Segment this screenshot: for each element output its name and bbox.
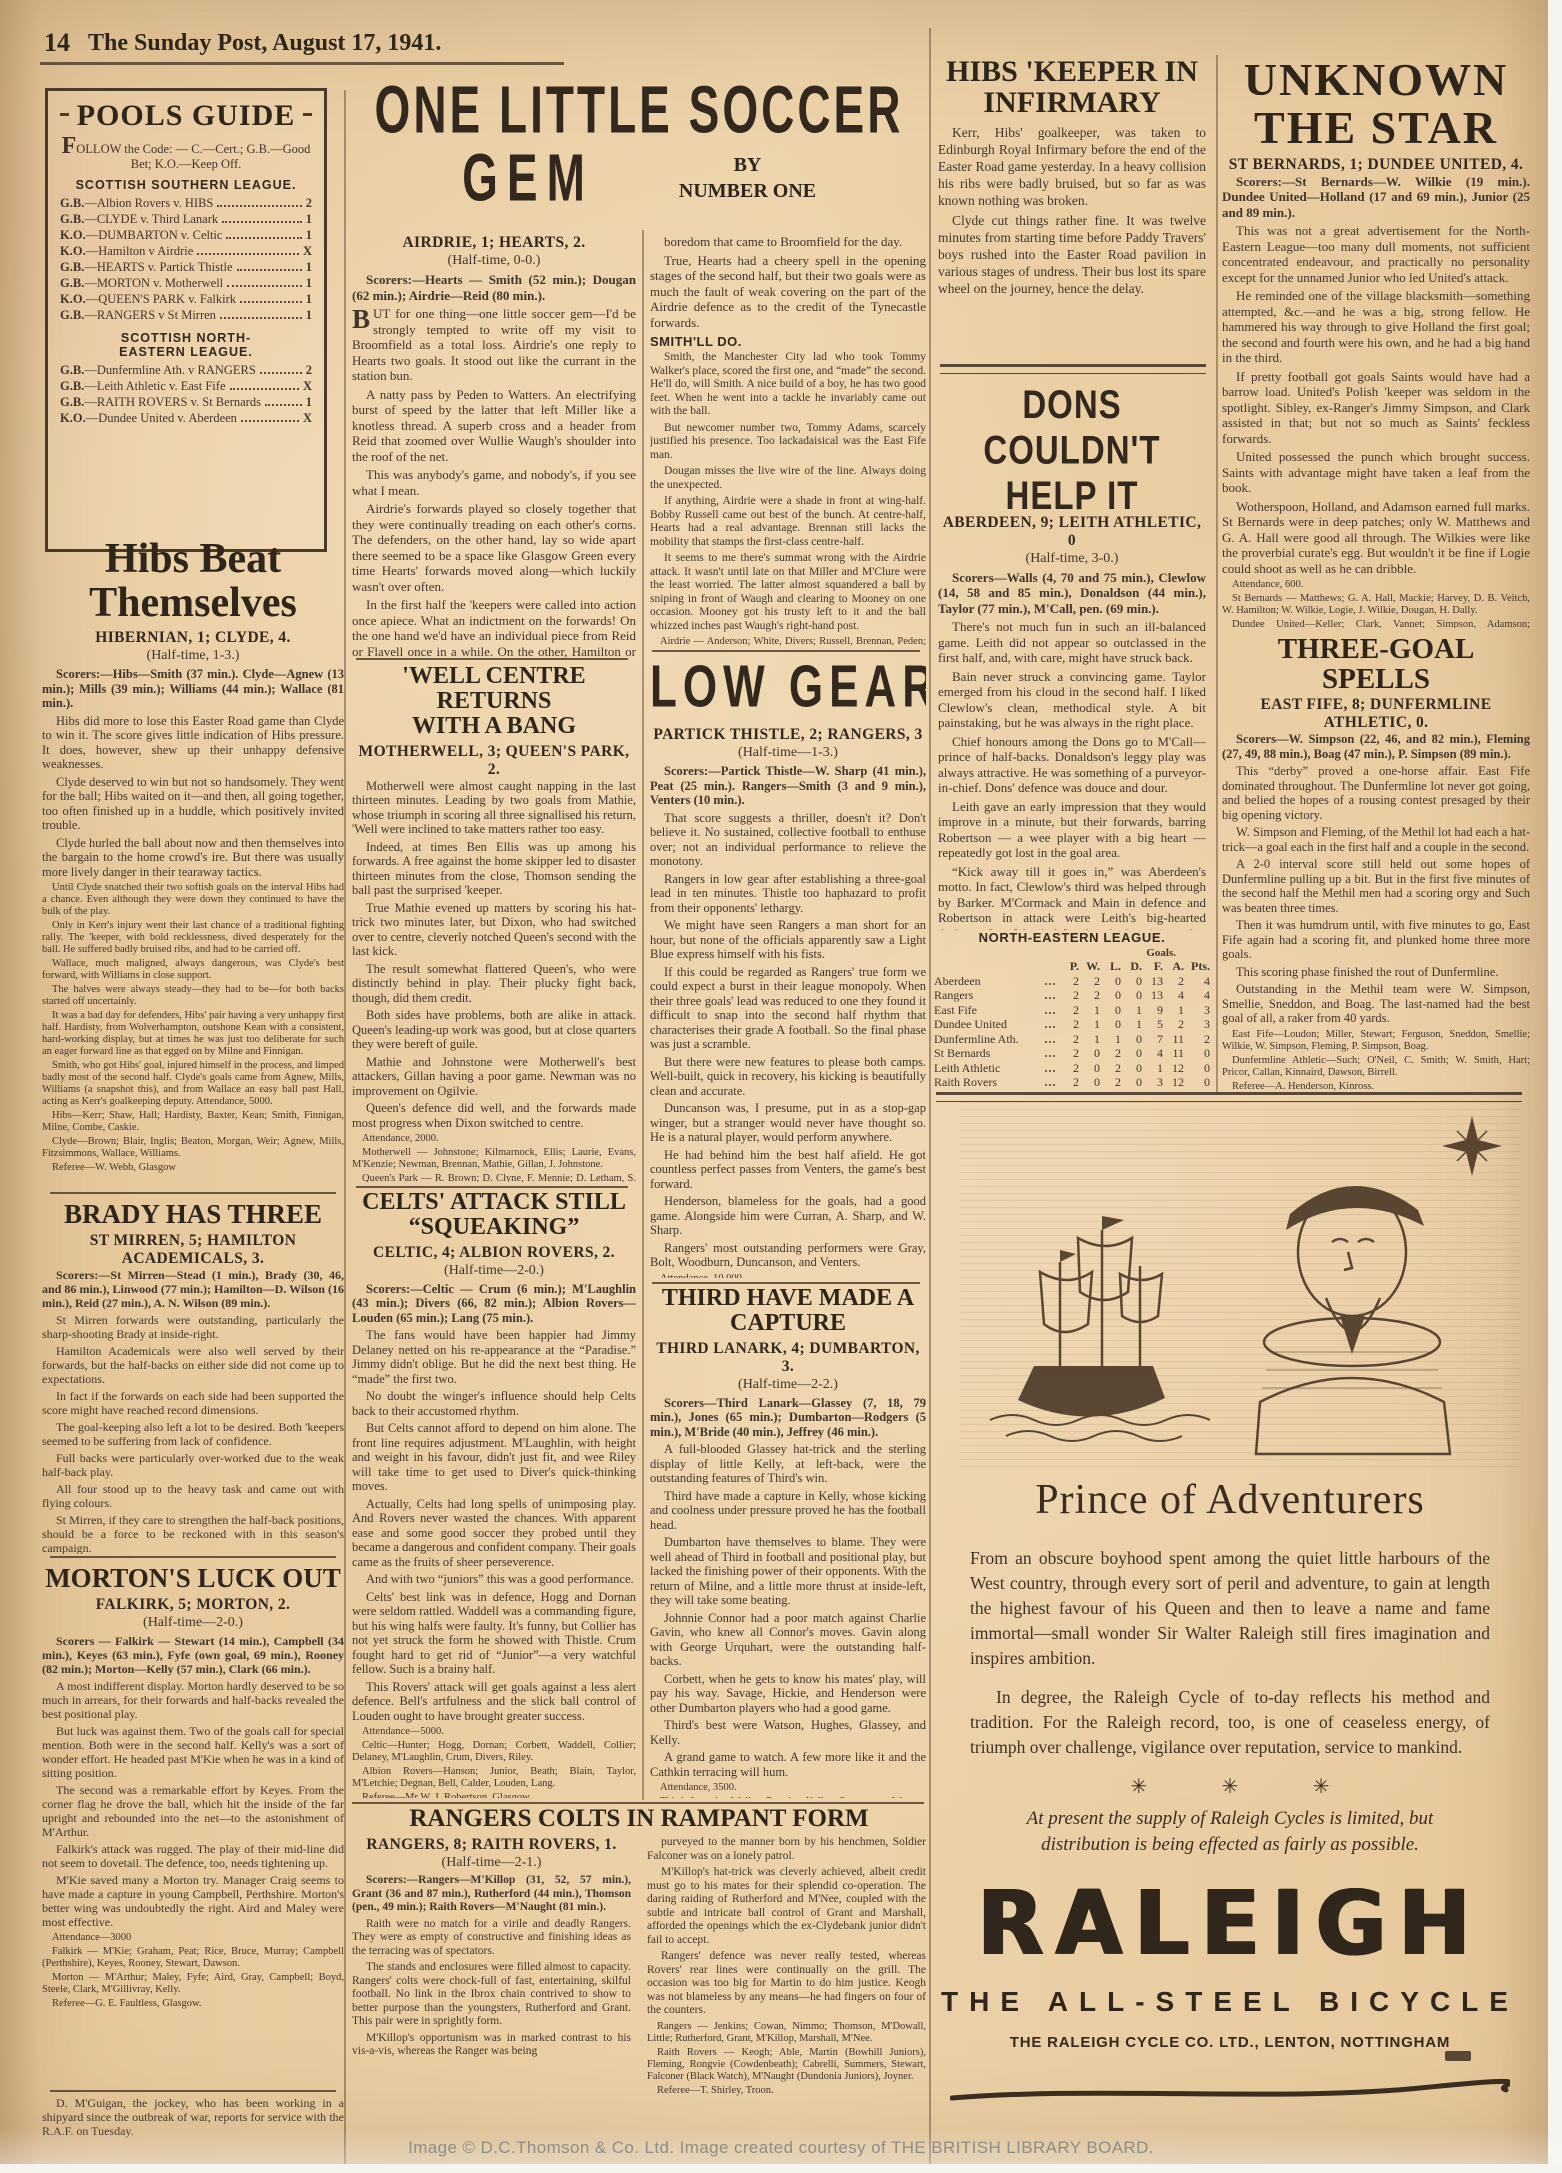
article-mortons-luck-out: MORTON'S LUCK OUT FALKIRK, 5; MORTON, 2.… [42,1564,344,2086]
article-third-capture: THIRD HAVE MADE A CAPTURE THIRD LANARK, … [650,1286,926,1798]
headline-line: Hibs Beat [42,538,344,582]
dotted-leader [227,285,302,287]
score-line: HIBERNIAN, 1; CLYDE, 4. [42,629,344,647]
article-paragraph: But there were new features to please bo… [650,1055,926,1099]
drawn: 0 [1121,988,1142,1003]
article-paragraph: “Kick away till it goes in,” was Aberdee… [938,864,1206,930]
article-three-goal-spells: THREE-GOAL SPELLS EAST FIFE, 8; DUNFERML… [1222,634,1530,1106]
drawn: 1 [1121,1017,1142,1032]
won: 1 [1079,1003,1100,1018]
article-paragraph: Duncanson was, I presume, put in as a st… [650,1101,926,1145]
pools-guide-title: POOLS GUIDE [77,99,296,133]
tip-fixture: Dundee United v. Aberdeen [98,410,237,426]
pools-tip-row: G.B.— CLYDE v. Third Lanark 1 [60,211,312,227]
article-paragraph: Third's best were Watson, Hughes, Glasse… [650,1718,926,1747]
headline-line: THIRD HAVE MADE A [650,1286,926,1311]
score-line: THIRD LANARK, 4; DUMBARTON, 3. [650,1340,926,1376]
points: 2 [1184,1032,1210,1047]
article-paragraph: United possessed the punch which brought… [1222,449,1530,496]
scorers-line: Scorers:—St Mirren—Stead (1 min.), Brady… [42,1268,344,1310]
pools-tip-row: G.B.— Albion Rovers v. HIBS 2 [60,195,312,211]
article-paragraph: The second was a remarkable effort by Ke… [42,1783,344,1839]
tip-fixture: DUMBARTON v. Celtic [98,227,222,243]
advert-tagline: THE ALL-STEEL BICYCLE [940,1986,1520,2018]
tip-fixture: QUEEN'S PARK v. Falkirk [98,291,236,307]
won: 1 [1079,1032,1100,1047]
article-notes: Until Clyde snatched their two softish g… [42,882,344,1174]
headline-line: HIBS 'KEEPER IN [938,56,1206,87]
score-line: FALKIRK, 5; MORTON, 2. [42,1596,344,1614]
article-paragraph: Raith were no match for a virile and dea… [352,1918,631,1959]
note-paragraph: East Fife—Loudon; Miller, Stewart; Fergu… [1222,1029,1530,1053]
tip-code: G.B. [60,259,84,275]
note-paragraph: Referee—A. Henderson, Kinross. [1222,1081,1530,1093]
dotted-leader [265,404,302,406]
tip-forecast: 1 [306,211,312,227]
article-paragraph: That score suggests a thriller, doesn't … [650,811,926,869]
article-celts-attack: CELTS' ATTACK STILL “SQUEAKING” CELTIC, … [352,1190,636,1798]
article-paragraph: boredom that came to Broomfield for the … [650,234,926,250]
article-body: The fans would have been happier had Jim… [352,1328,636,1723]
points: 4 [1184,988,1210,1003]
scan-edge-right [1548,0,1562,2173]
section-rule [652,1282,920,1284]
tip-forecast: 1 [306,291,312,307]
article-notes: Rangers — Jenkins; Cowan, Nimmo; Thomson… [647,2021,926,2097]
section-rule [652,650,920,652]
team-name: Dundee United [934,1017,1042,1032]
goals-against: 11 [1163,1032,1184,1047]
headline-line: DONS COULDN'T [938,382,1206,473]
goals-for: 9 [1142,1003,1163,1018]
lead-paragraph: BUT for one thing—one little soccer gem—… [352,306,636,384]
goals-against: 2 [1163,974,1184,989]
article-paragraph: If pretty football got goals Saints woul… [1222,369,1530,447]
goals-against: 12 [1163,1075,1184,1088]
article-paragraph: Rangers in low gear after establishing a… [650,872,926,916]
scorers-line: Scorers — Falkirk — Stewart (14 min.), C… [42,1634,344,1676]
halftime-line: (Half-time—1-3.) [650,745,926,761]
article-body: This was not a great advertisement for t… [1222,223,1530,576]
article-paragraph: True Mathie evened up matters by scoring… [352,901,636,959]
masthead-rule [40,62,564,65]
column-header: W. [1079,959,1100,974]
dotted-leader [260,372,302,374]
article-paragraph: We might have seen Rangers a man short f… [650,918,926,962]
article-notes: Attendance—3000Falkirk — M'Kie; Graham, … [42,1932,344,2010]
pools-tip-row: K.O.— DUMBARTON v. Celtic 1 [60,227,312,243]
article-body: purveyed to the manner born by his hench… [647,1836,926,2018]
newspaper-page: 14 The Sunday Post, August 17, 1941. POO… [0,0,1562,2173]
article-paragraph: Corbett, when he gets to know his mates'… [650,1672,926,1716]
colts-col-a: RANGERS, 8; RAITH ROVERS, 1. (Half-time—… [352,1836,631,2099]
score-line: CELTIC, 4; ALBION ROVERS, 2. [352,1244,636,1262]
article-paragraph: He had behind him the best half afield. … [650,1148,926,1192]
article-paragraph: If this could be regarded as Rangers' tr… [650,965,926,1052]
article-paragraph: Hibs did more to lose this Easter Road g… [42,714,344,772]
southern-league-tips: G.B.— Albion Rovers v. HIBS 2 G.B.— CLYD… [60,195,312,323]
headline-line: INFIRMARY [938,87,1206,118]
article-body: A natty pass by Peden to Watters. An ele… [352,387,636,659]
headline-line: GEM [352,138,704,216]
lost: 2 [1100,1075,1121,1088]
tip-dash: — [84,195,97,211]
table-rows: Aberdeen 2 2 0 0 13 2 4 Rangers 2 2 0 [934,974,1210,1089]
halftime-line: (Half-time—2-0.) [352,1263,636,1279]
headline-line: THE STAR [1222,104,1530,152]
tip-dash: — [84,259,97,275]
headline: HIBS 'KEEPER IN INFIRMARY [938,56,1206,118]
note-paragraph: Attendance, 600. [1222,579,1530,591]
tip-code: G.B. [60,195,84,211]
printers-mark [1445,2051,1471,2061]
headline: Hibs Beat Themselves [42,538,344,625]
score-line: ACADEMICALS, 3. [42,1250,344,1268]
tip-code: G.B. [60,211,84,227]
headline-line: “SQUEAKING” [352,1215,636,1240]
goals-column-label: Goals. [934,947,1210,959]
article-paragraph: He reminded one of the village blacksmit… [1222,288,1530,366]
table-row: East Fife 2 1 0 1 9 1 3 [934,1003,1210,1018]
tip-fixture: Dunfermline Ath. v RANGERS [97,362,256,378]
goals-for: 7 [1142,1032,1163,1047]
goals-for: 1 [1142,1061,1163,1076]
article-paragraph: This scoring phase finished the rout of … [1222,965,1530,980]
article-body: This “derby” proved a one-horse affair. … [1222,764,1530,1026]
sea-waves [990,1415,1210,1441]
dotted-leader [226,237,301,239]
article-notes: Attendance, 10,000.Partick Thistle—Hende… [650,1273,926,1279]
article-paragraph: No doubt the winger's influence should h… [352,1389,636,1418]
article-notes: East Fife—Loudon; Miller, Stewart; Fergu… [1222,1029,1530,1093]
column-header: A. [1163,959,1184,974]
scorers-line: Scorers—W. Simpson (22, 46, and 82 min.)… [1222,732,1530,761]
byline-line: BY [655,152,840,178]
headline: MORTON'S LUCK OUT [42,1564,344,1592]
tip-dash: — [86,410,99,426]
section-rule [352,1802,924,1804]
tip-dash: — [86,243,99,259]
column-header: D. [1121,959,1142,974]
points: 4 [1184,974,1210,989]
headline: CELTS' ATTACK STILL “SQUEAKING” [352,1190,636,1240]
score-line: RANGERS, 8; RAITH ROVERS, 1. [352,1836,631,1854]
dotted-leader [1045,983,1055,985]
goals-for: 5 [1142,1017,1163,1032]
article-paragraph: Dougan misses the live wire of the line.… [650,465,926,492]
article-body: Kerr, Hibs' goalkeeper, was taken to Edi… [938,124,1206,297]
headline: LOW GEAR [650,654,926,722]
article-paragraph: Airdrie's forwards played so closely tog… [352,501,636,594]
pools-tip-row: G.B.— RANGERS v St Mirren 1 [60,307,312,323]
article-paragraph: This was anybody's game, and nobody's, i… [352,467,636,498]
column-header: Pts. [1184,959,1210,974]
tip-dash: — [86,227,99,243]
tip-forecast: 2 [306,195,312,211]
headline-line: CELTS' ATTACK STILL [352,1190,636,1215]
article-notes: Attendance—5000.Celtic—Hunter; Hogg, Dor… [352,1726,636,1798]
tip-dash: — [84,211,97,227]
article-body: A full-blooded Glassey hat-trick and the… [650,1442,926,1779]
note-paragraph: Dundee United—Keller; Clark, Vannet; Sim… [1222,619,1530,628]
article-paragraph: Clyde deserved to win but not so handsom… [42,775,344,833]
article-rangers-colts: RANGERS COLTS IN RAMPANT FORM RANGERS, 8… [352,1806,926,2164]
article-paragraph: Hamilton Academicals were also well serv… [42,1344,344,1386]
drawn: 0 [1121,1032,1142,1047]
score-line: ABERDEEN, 9; LEITH ATHLETIC, 0 [938,514,1206,550]
table-row: Rangers 2 2 0 0 13 4 4 [934,988,1210,1003]
article-paragraph: Falkirk's attack was rugged. The play of… [42,1842,344,1870]
raleigh-advert: Prince of Adventurers From an obscure bo… [940,1476,1520,2106]
dotted-leader [1045,1070,1055,1072]
scorers-line: Scorers—Third Lanark—Glassey (7, 18, 79 … [650,1396,926,1440]
goals-against: 2 [1163,1017,1184,1032]
article-paragraph: A natty pass by Peden to Watters. An ele… [352,387,636,465]
tip-forecast: 1 [306,275,312,291]
article-paragraph: But luck was against them. Two of the go… [42,1724,344,1780]
halftime-line: (Half-time—2-2.) [650,1377,926,1393]
headline: 'WELL CENTRE RETURNS WITH A BANG [352,664,636,739]
article-gem-col-b: boredom that came to Broomfield for the … [650,234,926,646]
points: 0 [1184,1075,1210,1088]
note-paragraph: Referee—W. Webb, Glasgow [42,1162,344,1174]
note-paragraph: The halves were always steady—they had t… [42,984,344,1008]
article-paragraph: A most indifferent display. Morton hardl… [42,1679,344,1721]
played: 2 [1058,1061,1079,1076]
tip-fixture: CLYDE v. Third Lanark [97,211,218,227]
article-paragraph: This “derby” proved a one-horse affair. … [1222,764,1530,822]
column-header: F. [1142,959,1163,974]
article-paragraph: In the first half the 'keepers were call… [352,597,636,658]
section-rule [50,2090,336,2092]
table-heading: NORTH-EASTERN LEAGUE. [934,930,1210,945]
team-name: St Bernards [934,1046,1042,1061]
scorers-line: Scorers—Walls (4, 70 and 75 min.), Clewl… [938,570,1206,617]
dotted-leader [1045,997,1055,999]
tip-forecast: X [303,378,312,394]
tip-fixture: RAITH ROVERS v. St Bernards [97,394,261,410]
score-line: PARTICK THISTLE, 2; RANGERS, 3 [650,726,926,744]
article-paragraph: M'Killop's opportunism was in marked con… [352,2032,631,2059]
article-paragraph: Motherwell were almost caught napping in… [352,779,636,837]
article-paragraph: If anything, Airdrie were a shade in fro… [650,495,926,549]
team-name: Rangers [934,988,1042,1003]
tip-code: K.O. [60,227,86,243]
article-paragraph: The fans would have been happier had Jim… [352,1328,636,1386]
column-header: L. [1100,959,1121,974]
byline-line: NUMBER ONE [655,178,840,204]
note-paragraph: Albion Rovers—Hanson; Junior, Beath; Bla… [352,1766,636,1790]
article-paragraph: And with two “juniors” this was a good p… [352,1572,636,1587]
headline-line: Themselves [42,582,344,626]
tip-fixture: Hamilton v Airdrie [98,243,193,259]
article-notes: Airdrie — Anderson; White, Divers; Russe… [650,636,926,646]
tip-code: G.B. [60,362,84,378]
tip-code: K.O. [60,243,86,259]
masthead: The Sunday Post, August 17, 1941. [88,30,441,57]
pools-tip-row: G.B.— Dunfermline Ath. v RANGERS 2 [60,362,312,378]
article-paragraph: All four stood up to the heavy task and … [42,1482,344,1510]
tip-fixture: MORTON v. Motherwell [97,275,223,291]
note-paragraph: Referee—G. E. Faultless, Glasgow. [42,1998,344,2010]
article-paragraph: Leith gave an early impression that they… [938,799,1206,861]
table-row: St Bernards 2 0 2 0 4 11 0 [934,1046,1210,1061]
note-paragraph: Dunfermline Athletic—Such; O'Neil, C. Sm… [1222,1055,1530,1079]
article-paragraph: M'Kie saved many a Morton try. Manager C… [42,1873,344,1929]
table-row: Aberdeen 2 2 0 0 13 2 4 [934,974,1210,989]
note-paragraph: Raith Rovers — Keogh; Able, Martin (Bowh… [647,2047,926,2083]
headline-line: 'WELL CENTRE RETURNS [352,664,636,714]
lost: 2 [1100,1061,1121,1076]
scorers-line: Scorers:—Celtic — Crum (6 min.); M'Laugh… [352,1282,636,1326]
article-paragraph: Actually, Celts had long spells of unimp… [352,1497,636,1570]
article-paragraph: Clyde cut things rather fine. It was twe… [938,212,1206,297]
goals-for: 13 [1142,974,1163,989]
advert-address: THE RALEIGH CYCLE CO. LTD., LENTON, NOTT… [940,2034,1520,2051]
north-eastern-tips: G.B.— Dunfermline Ath. v RANGERS 2 G.B.—… [60,362,312,426]
lost: 0 [1100,974,1121,989]
table-row: Leith Athletic 2 0 2 0 1 12 0 [934,1061,1210,1076]
dotted-leader [197,253,299,255]
article-paragraph: Johnnie Connor had a poor match against … [650,1611,926,1669]
halftime-line: (Half-time—2-1.) [352,1855,631,1871]
won: 0 [1079,1046,1100,1061]
article-paragraph: Chief honours among the Dons go to M'Cal… [938,734,1206,796]
halftime-line: (Half-time—2-0.) [42,1615,344,1631]
note-paragraph: Smith, who got Hibs' goal, injured himse… [42,1060,344,1108]
article-notes: Attendance, 2000.Motherwell — Johnstone;… [352,1133,636,1182]
tip-forecast: 1 [306,307,312,323]
article-paragraph: Third have made a capture in Kelly, whos… [650,1489,926,1533]
copyright-credit: Image © D.C.Thomson & Co. Ltd. Image cre… [0,2138,1562,2158]
article-paragraph: Rangers' defence was never really tested… [647,1950,926,2018]
drawn: 1 [1121,1003,1142,1018]
note-paragraph: Clyde—Brown; Blair, Inglis; Beaton, Morg… [42,1136,344,1160]
article-paragraph: This was not a great advertisement for t… [1222,223,1530,285]
dotted-leader [1045,1084,1055,1086]
note-paragraph: It was a bad day for defenders, Hibs' pa… [42,1010,344,1058]
score-line: ST BERNARDS, 1; DUNDEE UNITED, 4. [1222,156,1530,174]
headline: DONS COULDN'T HELP IT [938,382,1206,519]
note-paragraph: Airdrie — Anderson; White, Divers; Russe… [650,636,926,646]
article-paragraph: purveyed to the manner born by his hench… [647,1836,926,1863]
article-paragraph: Bain never struck a convincing game. Tay… [938,669,1206,731]
article-paragraph: There's not much fun in such an ill-bala… [938,619,1206,666]
article-brady-has-three: BRADY HAS THREE ST MIRREN, 5; HAMILTON A… [42,1200,344,1554]
dotted-leader [1045,1041,1055,1043]
advert-paragraph: From an obscure boyhood spent among the … [970,1546,1490,1671]
goals-for: 13 [1142,988,1163,1003]
article-paragraph: A full-blooded Glassey hat-trick and the… [650,1442,926,1486]
headline: BRADY HAS THREE [42,1200,344,1228]
swoosh-rule [950,2076,1510,2106]
score-line: ATHLETIC, 0. [1222,714,1530,732]
article-paragraph: Queen's defence did well, and the forwar… [352,1101,636,1130]
tip-fixture: Albion Rovers v. HIBS [97,195,214,211]
note-paragraph: Attendance, 2000. [352,1133,636,1145]
supply-note: At present the supply of Raleigh Cycles … [980,1806,1480,1858]
drawn: 0 [1121,1061,1142,1076]
note-paragraph: Wallace, much maligned, always dangerous… [42,958,344,982]
goals-against: 1 [1163,1003,1184,1018]
won: 0 [1079,1061,1100,1076]
article-paragraph: St Mirren, if they care to strengthen th… [42,1513,344,1554]
points: 3 [1184,1017,1210,1032]
scan-edge-bottom [0,2164,1562,2173]
played: 2 [1058,1017,1079,1032]
note-paragraph: Rangers — Jenkins; Cowan, Nimmo; Thomson… [647,2021,926,2045]
raleigh-portrait [1256,1186,1450,1454]
played: 2 [1058,1032,1079,1047]
dotted-leader [1045,1012,1055,1014]
southern-league-heading: SCOTTISH SOUTHERN LEAGUE. [60,178,312,192]
goals-against: 4 [1163,988,1184,1003]
points: 3 [1184,1003,1210,1018]
double-rule [940,364,1206,374]
pools-tip-row: G.B.— MORTON v. Motherwell 1 [60,275,312,291]
lost: 1 [1100,1032,1121,1047]
note-paragraph: Attendance—3000 [42,1932,344,1944]
table-row: Dundee United 2 1 0 1 5 2 3 [934,1017,1210,1032]
column-rule [1216,55,1218,1093]
tip-code: G.B. [60,307,84,323]
article-paragraph: Clyde hurled the ball about now and then… [42,836,344,880]
team-name: East Fife [934,1003,1042,1018]
article-paragraph: But newcomer number two, Tommy Adams, sc… [650,422,926,463]
article-paragraph: Kerr, Hibs' goalkeeper, was taken to Edi… [938,124,1206,209]
article-dons: DONS COULDN'T HELP IT ABERDEEN, 9; LEITH… [938,382,1206,930]
played: 2 [1058,1075,1079,1088]
article-unknown-the-star: UNKNOWN THE STAR ST BERNARDS, 1; DUNDEE … [1222,56,1530,628]
tip-dash: — [86,291,99,307]
article-paragraph: The result somewhat flattered Queen's, w… [352,962,636,1006]
column-rule [642,230,644,1800]
drawn: 0 [1121,1075,1142,1088]
tip-code: G.B. [60,275,84,291]
note-paragraph: Attendance, 3500. [650,1782,926,1794]
tip-dash: — [84,275,97,291]
galleon-icon [1018,1216,1165,1417]
article-paragraph: St Mirren forwards were outstanding, par… [42,1313,344,1341]
halftime-line: (Half-time, 0-0.) [352,253,636,269]
colts-col-b: purveyed to the manner born by his hench… [647,1836,926,2099]
team-name: Aberdeen [934,974,1042,989]
star-icon [1442,1116,1502,1176]
drawn: 0 [1121,1046,1142,1061]
team-name: Dunfermline Ath. [934,1032,1042,1047]
table-row: Dunfermline Ath. 2 1 1 0 7 11 2 [934,1032,1210,1047]
tip-forecast: X [303,243,312,259]
headline-line: HELP IT [938,473,1206,519]
headline-line: CAPTURE [650,1311,926,1336]
article-well-centre: 'WELL CENTRE RETURNS WITH A BANG MOTHERW… [352,664,636,1182]
headline: THIRD HAVE MADE A CAPTURE [650,1286,926,1336]
halftime-line: (Half-time, 3-0.) [938,551,1206,567]
note-paragraph: Motherwell — Johnstone; Kilmarnock, Elli… [352,1147,636,1171]
team-name: Leith Athletic [934,1061,1042,1076]
page-number: 14 [44,28,70,58]
note-paragraph: Queen's Park — R. Brown; D. Clyne, F. Me… [352,1173,636,1182]
article-paragraph: Full backs were particularly over-worked… [42,1451,344,1479]
article-paragraph: A grand game to watch. A few more like i… [650,1750,926,1779]
dotted-leader [222,221,302,223]
article-paragraph: The goal-keeping also left a lot to be d… [42,1420,344,1448]
score-line: EAST FIFE, 8; DUNFERMLINE [1222,696,1530,714]
dotted-leader [220,317,302,319]
article-body: Raith were no match for a virile and dea… [352,1918,631,2059]
article-body: boredom that came to Broomfield for the … [650,234,926,330]
tip-code: G.B. [60,394,84,410]
